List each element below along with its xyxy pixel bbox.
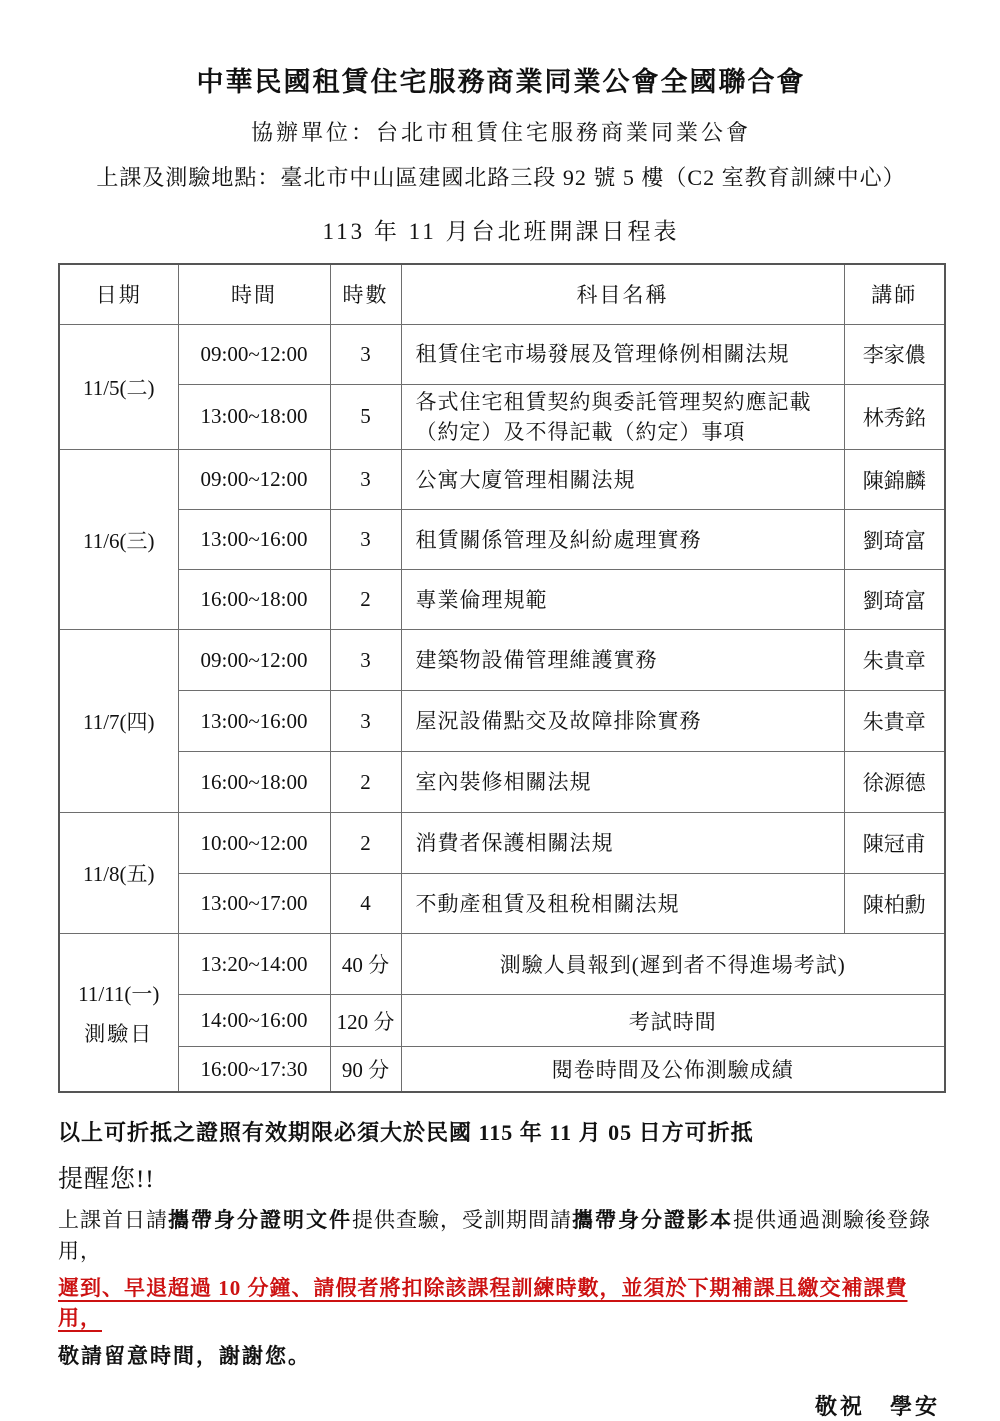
- col-header-instructor: 講師: [844, 264, 945, 324]
- time-cell: 13:00~17:00: [178, 874, 330, 934]
- table-row: 16:00~18:00 2 專業倫理規範 劉琦富: [59, 570, 945, 630]
- reminder-part2: 提供查驗，受訓期間請: [352, 1208, 572, 1232]
- lateness-warning: 遲到、早退超過 10 分鐘、請假者將扣除該課程訓練時數，並須於下期補課且繳交補課…: [58, 1272, 944, 1332]
- subject-cell: 租賃關係管理及糾紛處理實務: [401, 510, 844, 570]
- table-header-row: 日期 時間 時數 科目名稱 講師: [59, 264, 945, 324]
- exam-day-label: 測驗日: [60, 1018, 178, 1048]
- hours-cell: 4: [330, 874, 401, 934]
- time-cell: 09:00~12:00: [178, 450, 330, 510]
- time-cell: 13:20~14:00: [178, 934, 330, 995]
- table-row: 13:00~17:00 4 不動產租賃及租稅相關法規 陳柏勳: [59, 874, 945, 934]
- instructor-cell: 李家儂: [844, 324, 945, 384]
- co-organizer-line: 協辦單位：台北市租賃住宅服務商業同業公會: [58, 116, 944, 147]
- instructor-cell: 劉琦富: [844, 510, 945, 570]
- subject-cell: 屋況設備點交及故障排除實務: [401, 691, 844, 752]
- time-cell: 10:00~12:00: [178, 813, 330, 874]
- hours-cell: 3: [330, 324, 401, 384]
- table-row: 14:00~16:00 120 分 考試時間: [59, 995, 945, 1047]
- reminder-bold2: 攜帶身分證影本: [572, 1208, 733, 1232]
- subject-cell: 公寓大廈管理相關法規: [401, 450, 844, 510]
- col-header-subject: 科目名稱: [401, 264, 844, 324]
- instructor-cell: 林秀銘: [844, 384, 945, 450]
- table-row: 11/5(二) 09:00~12:00 3 租賃住宅市場發展及管理條例相關法規 …: [59, 324, 945, 384]
- hours-cell: 3: [330, 630, 401, 691]
- location-line: 上課及測驗地點：臺北市中山區建國北路三段 92 號 5 樓（C2 室教育訓練中心…: [58, 161, 944, 192]
- hours-cell: 3: [330, 691, 401, 752]
- reminder-bold1: 攜帶身分證明文件: [168, 1208, 352, 1232]
- instructor-cell: 劉琦富: [844, 570, 945, 630]
- table-row: 11/6(三) 09:00~12:00 3 公寓大廈管理相關法規 陳錦麟: [59, 450, 945, 510]
- subject-cell: 室內裝修相關法規: [401, 752, 844, 813]
- hours-cell: 2: [330, 752, 401, 813]
- time-cell: 16:00~18:00: [178, 570, 330, 630]
- table-row: 11/7(四) 09:00~12:00 3 建築物設備管理維護實務 朱貴章: [59, 630, 945, 691]
- subject-cell: 租賃住宅市場發展及管理條例相關法規: [401, 324, 844, 384]
- hours-cell: 2: [330, 813, 401, 874]
- reminder-part1: 上課首日請: [58, 1208, 168, 1232]
- reminder-heading: 提醒您!!: [58, 1159, 944, 1195]
- page-title: 中華民國租賃住宅服務商業同業公會全國聯合會: [58, 60, 944, 99]
- table-row: 16:00~18:00 2 室內裝修相關法規 徐源德: [59, 752, 945, 813]
- hours-cell: 40 分: [330, 934, 401, 995]
- schedule-title: 113 年 11 月台北班開課日程表: [58, 213, 944, 246]
- reminder-line: 上課首日請攜帶身分證明文件提供查驗，受訓期間請攜帶身分證影本提供通過測驗後登錄用…: [58, 1205, 944, 1268]
- date-cell: 11/5(二): [59, 324, 178, 450]
- document-page: 中華民國租賃住宅服務商業同業公會全國聯合會 協辦單位：台北市租賃住宅服務商業同業…: [0, 0, 1000, 1414]
- table-row: 13:00~16:00 3 屋況設備點交及故障排除實務 朱貴章: [59, 691, 945, 752]
- col-header-date: 日期: [59, 264, 178, 324]
- hours-cell: 3: [330, 510, 401, 570]
- date-cell: 11/6(三): [59, 450, 178, 630]
- time-cell: 13:00~16:00: [178, 510, 330, 570]
- time-cell: 16:00~18:00: [178, 752, 330, 813]
- hours-cell: 90 分: [330, 1047, 401, 1092]
- date-cell: 11/7(四): [59, 630, 178, 813]
- exam-activity-cell: 考試時間: [401, 995, 945, 1047]
- instructor-cell: 朱貴章: [844, 691, 945, 752]
- table-row: 11/8(五) 10:00~12:00 2 消費者保護相關法規 陳冠甫: [59, 813, 945, 874]
- subject-cell: 專業倫理規範: [401, 570, 844, 630]
- subject-cell: 各式住宅租賃契約與委託管理契約應記載（約定）及不得記載（約定）事項: [401, 384, 844, 450]
- table-row: 16:00~17:30 90 分 閱卷時間及公佈測驗成績: [59, 1047, 945, 1092]
- exam-date: 11/11(一): [60, 978, 178, 1008]
- table-row: 11/11(一) 測驗日 13:20~14:00 40 分 測驗人員報到(遲到者…: [59, 934, 945, 995]
- table-row: 13:00~16:00 3 租賃關係管理及糾紛處理實務 劉琦富: [59, 510, 945, 570]
- hours-cell: 3: [330, 450, 401, 510]
- hours-cell: 2: [330, 570, 401, 630]
- col-header-hours: 時數: [330, 264, 401, 324]
- time-cell: 16:00~17:30: [178, 1047, 330, 1092]
- hours-cell: 120 分: [330, 995, 401, 1047]
- instructor-cell: 陳冠甫: [844, 813, 945, 874]
- subject-cell: 消費者保護相關法規: [401, 813, 844, 874]
- validity-note: 以上可折抵之證照有效期限必須大於民國 115 年 11 月 05 日方可折抵: [58, 1116, 944, 1147]
- time-cell: 13:00~16:00: [178, 691, 330, 752]
- time-cell: 14:00~16:00: [178, 995, 330, 1047]
- hours-cell: 5: [330, 384, 401, 450]
- table-row: 13:00~18:00 5 各式住宅租賃契約與委託管理契約應記載（約定）及不得記…: [59, 384, 945, 450]
- closing-line: 敬請留意時間，謝謝您。: [58, 1340, 944, 1370]
- instructor-cell: 徐源德: [844, 752, 945, 813]
- time-cell: 13:00~18:00: [178, 384, 330, 450]
- col-header-time: 時間: [178, 264, 330, 324]
- subject-cell: 建築物設備管理維護實務: [401, 630, 844, 691]
- exam-activity-cell: 測驗人員報到(遲到者不得進場考試): [401, 934, 945, 995]
- instructor-cell: 陳錦麟: [844, 450, 945, 510]
- time-cell: 09:00~12:00: [178, 324, 330, 384]
- schedule-table: 日期 時間 時數 科目名稱 講師 11/5(二) 09:00~12:00 3 租…: [58, 263, 946, 1093]
- signoff: 敬祝 學安: [58, 1390, 944, 1421]
- instructor-cell: 朱貴章: [844, 630, 945, 691]
- time-cell: 09:00~12:00: [178, 630, 330, 691]
- subject-cell: 不動產租賃及租稅相關法規: [401, 874, 844, 934]
- exam-activity-cell: 閱卷時間及公佈測驗成績: [401, 1047, 945, 1092]
- instructor-cell: 陳柏勳: [844, 874, 945, 934]
- date-cell: 11/11(一) 測驗日: [59, 934, 178, 1092]
- date-cell: 11/8(五): [59, 813, 178, 934]
